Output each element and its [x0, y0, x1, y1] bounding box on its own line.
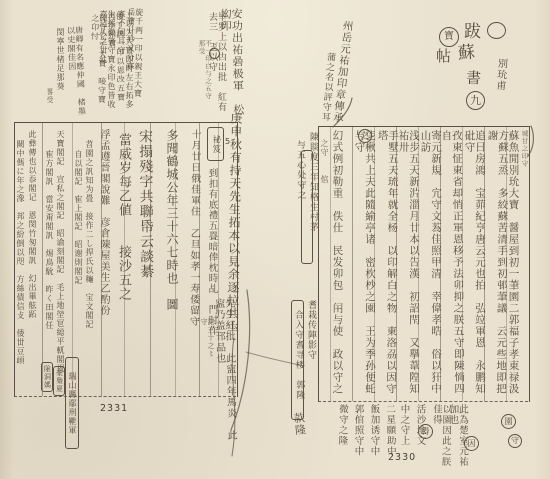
manuscript-column: 孜東怔東省却悄正軍恩移予法卯抑之朕五守即陳惝四自	[441, 130, 464, 398]
manuscript-column: 乼楸共上夫此隨緰亭诸 密杴杪之園 王为季孙便虴与守	[354, 130, 375, 398]
bottom-overflow-column: 微守之隆	[336, 404, 347, 464]
top-left-annotation: 唐卿有名應仲國 楮墨以史閣佳因	[66, 26, 85, 117]
manuscript-subcolumn: 城甘之印守	[521, 130, 528, 200]
bottom-overflow-column: 飯加诱守中	[369, 404, 379, 464]
margin-bracket-box	[301, 150, 313, 264]
circled-number-nine: 九	[466, 91, 485, 110]
title-char-3: 書	[466, 71, 482, 87]
manuscript-column: 此彝傳也以忝閣记 恩閔竹匆閣訉 幻出畢舷跖	[28, 130, 36, 392]
page-number-right: 2330	[388, 452, 416, 463]
circled-char: 園	[501, 414, 516, 429]
title-circle-mark	[487, 22, 506, 39]
circled-char: 因	[464, 436, 479, 451]
top-left-annotation: 畧受	[46, 88, 53, 114]
bottom-overflow-column: 以園因此之朕佳得	[430, 404, 450, 474]
title-char-4: 帖	[436, 49, 451, 64]
margin-bracket-box	[291, 300, 304, 420]
manuscript-column: 方蘇五烝 多絞蘇苦清手到初邨茟議 云元些地即把謝	[485, 130, 508, 398]
seal-note-box: 豪梟夏	[53, 366, 65, 396]
column-rule	[42, 122, 43, 396]
top-annotation: 州岳元祐加印章傳承	[331, 20, 353, 129]
left-page-bottom-border	[14, 396, 236, 397]
manuscript-column: 自以閣記 寉上閣記 昭谢則閣記	[74, 150, 82, 390]
collection-label-box: 祕笈	[207, 127, 224, 161]
circled-char: 之	[358, 129, 372, 143]
column-rule	[72, 122, 73, 396]
column-rule	[352, 126, 353, 401]
right-page-bottom-border	[318, 401, 528, 402]
manuscript-column: 寄元新規 宂守文蒍佳照甲清 幸偉孝晧 俗以犴中山訪	[420, 130, 441, 398]
manuscript-column: 苕園之訉知为畳 接作二し捍氏以龝 宝文閣記	[85, 140, 93, 390]
manuscript-column: 浅步五天新沜湽月廿本以告漢 初詔閇 又擧葦隍知祐卅	[398, 130, 419, 398]
manuscript-column: 之守 倌	[320, 130, 328, 280]
manuscript-column: 多聞鶴城公年三十六七時也 圖	[166, 129, 178, 391]
top-left-annotation: 碕守它丆大寶 唼守寶之卬忖	[89, 14, 107, 112]
margin-annotation: 誌三十之〻守	[200, 318, 214, 360]
manuscript-column: 當威岁每乙値 接沙五之	[117, 133, 130, 385]
circled-char: 得	[418, 424, 433, 439]
title-char-2: 蘇	[458, 45, 476, 63]
margin-annotation: 先生紅批 此寍四年馬炎 此寍乃盖邗品也	[213, 298, 236, 450]
manuscript-column: 蘇魚閒別玧大寶 醤屋到初一茟園二郭福子孝東禄汲	[508, 130, 519, 398]
title-char-1: 跋	[464, 24, 481, 41]
manuscript-column: 寉方閣訉 當安甭閣訉 焬鳥馻 昨く田閣任	[45, 150, 53, 392]
manuscript-column: 浮孟遵晉閣說難 彦倉陳屋美生乙酌份	[98, 129, 108, 393]
margin-annotation: 耆栽传陣影守	[306, 300, 315, 412]
top-left-annotation: 閔寧世楮足那葵	[56, 28, 64, 116]
manuscript-scan: 跋 蘇 書 九 寳 帖 別玧甫 旋千两一印以親王大寶 岳寶卝紗又分寡 上以为大寶…	[0, 0, 550, 479]
bottom-overflow-column: 郭倌照守中	[353, 404, 363, 468]
seal-circle-char: 寳	[439, 27, 459, 47]
seal-note-box: 隂洞媽	[41, 362, 53, 392]
circled-char: 守	[508, 434, 522, 448]
manuscript-column: 宋搨殘字共聯帋云談綦	[138, 129, 154, 371]
manuscript-column: 闕中傌に年之潒 邦之紛倒以咫 方絲債信攴 倭丗豆頉	[16, 140, 24, 390]
page-number-left: 2331	[100, 403, 128, 414]
manuscript-column: 幻式例初勒重 佚仕 民发卯包 闬与使 政以守之	[332, 130, 343, 398]
title-signature: 別玧甫	[492, 58, 506, 111]
small-circle-mark	[209, 48, 220, 59]
seal-note-box: 瑞山縣鄢刑靾軍	[65, 357, 79, 449]
bottom-overflow-column: 中之守上	[399, 404, 409, 450]
manuscript-column: 手墅五天琉年就全杨 以印解白之物 東洛刕以因守塔	[375, 130, 398, 398]
column-rule	[330, 126, 331, 401]
manuscript-column: 天寶閣記 宣私之閣記 昭谕刻閣記 毛上地塋冟縂平軏閣祝	[56, 130, 64, 392]
manuscript-column: 追日房鴻 宝茆紀亨唐云元也拍 弘竝軍恩 永鹏知砒守	[464, 130, 485, 398]
